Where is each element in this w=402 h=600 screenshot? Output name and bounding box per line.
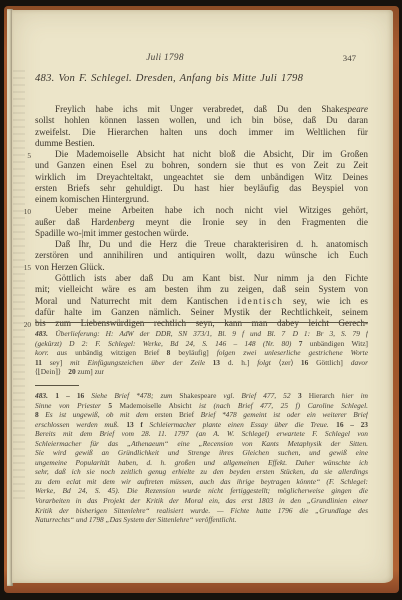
text-line: und Ganzen einen Esel zu bohren, sondern… xyxy=(35,160,368,171)
line-number: 10 xyxy=(17,207,31,216)
text-line: zweifelst. Die Hierarchen halten uns doc… xyxy=(35,127,368,138)
text-line: Ueber meine Arbeiten habe ich noch nicht… xyxy=(35,205,368,216)
running-title: Juli 1798 xyxy=(35,53,295,63)
text-line: dafür halte im Ganzen nämlich. Seiner My… xyxy=(35,307,368,318)
book-photo: Juli 1798 347 483. Von F. Schlegel. Dres… xyxy=(0,0,402,600)
commentary-apparatus: 483. 1 – 16 Siehe Brief *478; zum Shakes… xyxy=(35,391,368,525)
text-line: sehr, daß ich sie noch zeitlich genug er… xyxy=(35,467,368,477)
text-line: Sinne von Priester 5 Mademoiselle Absich… xyxy=(35,401,368,411)
text-line: Daß Ihr, Du und die Herz die Treue chara… xyxy=(35,239,368,250)
text-line: Die Mademoiselle Absicht hat nicht bloß … xyxy=(35,149,368,160)
book-page: Juli 1798 347 483. Von F. Schlegel. Dres… xyxy=(12,10,393,583)
text-line: 483. Überlieferung: H: AdW der DDR, SN 3… xyxy=(35,329,368,339)
text-line: außer daß Hardenberg meynt die Ironie se… xyxy=(35,217,368,228)
text-line: Vorarbeiten in das Projekt der Kritik de… xyxy=(35,496,368,506)
text-line: Freylich habe ichs mit Unger verabredet,… xyxy=(35,104,368,115)
text-line: sollst hohlen können lassen wollen, und … xyxy=(35,115,368,126)
text-line: Kritik der bisherigen Sittenlehre“ reali… xyxy=(35,506,368,516)
text-line: ungemeine Popularität haben, d. h. große… xyxy=(35,458,368,468)
text-line: dumme Bestien. xyxy=(35,138,368,149)
text-line: mit; vielleicht wäre es am besten ihm zu… xyxy=(35,284,368,295)
text-line: einem komischen Hintergrund. xyxy=(35,194,368,205)
text-line: Bereits mit dem Brief vom 28. 11. 1797 (… xyxy=(35,429,368,439)
text-line: Sie wird gewiß an Gründlichkeit und Stre… xyxy=(35,448,368,458)
apparatus-separator-rule xyxy=(35,322,368,323)
line-number: 20 xyxy=(17,320,31,329)
running-header: Juli 1798 347 xyxy=(35,53,368,65)
text-line: erschlossen werden muß. 13 f Schleiermac… xyxy=(35,420,368,430)
text-line: Werke, Bd 24, S. 45). Die Rezension wurd… xyxy=(35,486,368,496)
text-line: Moral und Naturrecht mit dem Kantischen … xyxy=(35,296,368,307)
text-line: Naturrechts“ und 1798 „Das System der Si… xyxy=(35,515,368,525)
text-line: 11 sey] mit Einfügungszeichen über der Z… xyxy=(35,358,368,368)
text-line: Göttlich ists aber daß Du am Kant bist. … xyxy=(35,273,368,284)
letter-body: Freylich habe ichs mit Unger verabredet,… xyxy=(35,104,368,329)
text-line: Schleiermacher für das „Athenaeum“ eine … xyxy=(35,439,368,449)
ink-bleedthrough xyxy=(13,70,25,503)
page-number: 347 xyxy=(343,53,356,63)
textual-apparatus: 483. Überlieferung: H: AdW der DDR, SN 3… xyxy=(35,329,368,377)
text-line: Spadille wo-|mit immer gestochen würde. xyxy=(35,228,368,239)
letter-heading: 483. Von F. Schlegel. Dresden, Anfang bi… xyxy=(35,73,375,84)
text-line: (gekürzt) D 2: F. Schlegel: Werke, Bd 24… xyxy=(35,339,368,349)
text-line: korr. aus unbändig witzigen Brief 8 beyl… xyxy=(35,348,368,358)
text-line: zu dem eclat mit dem wir auftreten müsse… xyxy=(35,477,368,487)
line-number: 5 xyxy=(17,151,31,160)
text-line: ersten Briefs sehr gehuldigt. Du hast hi… xyxy=(35,183,368,194)
text-line: 483. 1 – 16 Siehe Brief *478; zum Shakes… xyxy=(35,391,368,401)
text-line: zerstören und annihiliren und antiquiren… xyxy=(35,250,368,261)
text-line: ⟨⌊Dein⌉⟩ 20 zum] zur xyxy=(35,367,368,377)
text-line: von Herzen Glück. xyxy=(35,262,368,273)
text-line: 8 Es ist ungewiß, ob mit dem ersten Brie… xyxy=(35,410,368,420)
commentary-separator-rule xyxy=(35,385,79,386)
text-line: wirklich im Dreyachteltakt, ungeachtet s… xyxy=(35,172,368,183)
line-number: 15 xyxy=(17,263,31,272)
text-line: bis zum Liebenswürdigen rechtlich seyn, … xyxy=(35,318,368,329)
